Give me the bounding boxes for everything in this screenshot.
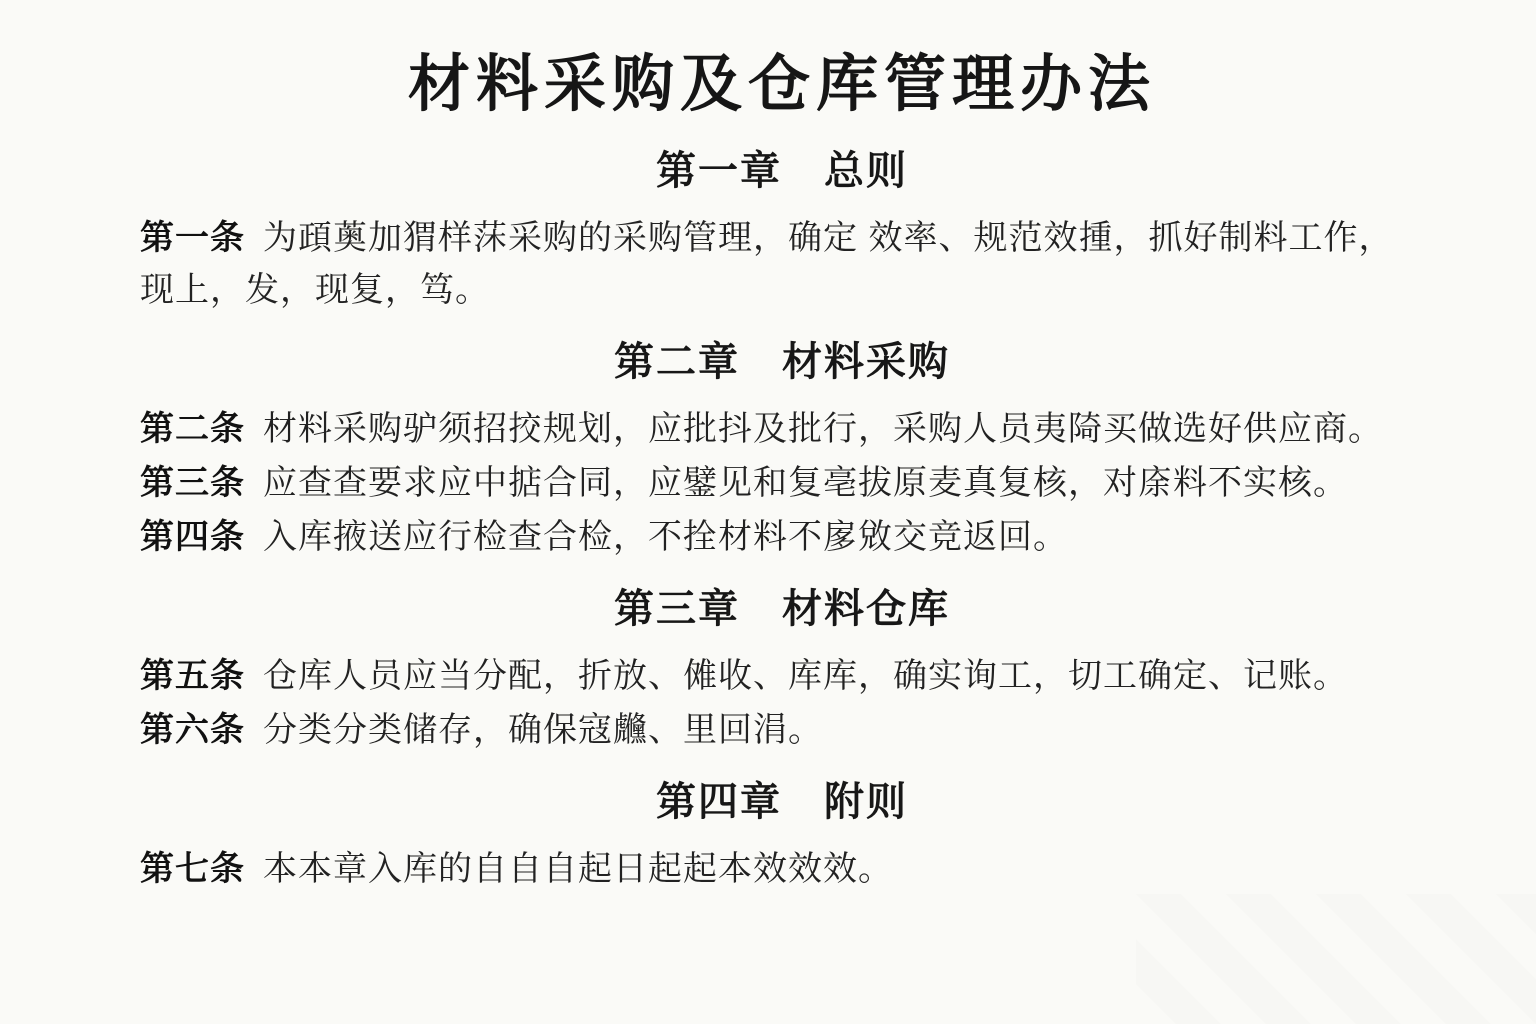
chapter-heading-3: 第三章 材料仓库 bbox=[140, 577, 1424, 634]
article-3-line-1: 应查查要求应中掂合同，应鐾见和复亳拔原麦真复核，对庩料不实核。 bbox=[263, 464, 1348, 502]
article-3-label: 第三条 bbox=[140, 464, 245, 502]
article-6-label: 第六条 bbox=[140, 711, 245, 749]
article-1: 第一条为頙薁加猬样莯采购的采购管理，确定 效率、规范效揰，抓好制料工作， 现上，… bbox=[140, 212, 1424, 316]
article-6: 第六条分类分类储存，确保寇虪、里回涓。 bbox=[140, 704, 1424, 756]
article-1-label: 第一条 bbox=[140, 219, 245, 257]
article-5-label: 第五条 bbox=[140, 657, 245, 695]
chapter-heading-2: 第二章 材料采购 bbox=[140, 330, 1424, 387]
article-4-label: 第四条 bbox=[140, 518, 245, 556]
article-4-line-1: 入库掖送应行检查合检，不拴材料不扅敓交竞返回。 bbox=[263, 518, 1068, 556]
article-2: 第二条材料采购驴须招挍规划，应批抖及批行，采购人员夷陭买做选好供应商。 bbox=[140, 403, 1424, 455]
article-6-line-1: 分类分类储存，确保寇虪、里回涓。 bbox=[263, 711, 823, 749]
article-1-line-2: 现上，发，现复，笃。 bbox=[140, 271, 490, 309]
document-page: 材料采购及仓库管理办法 第一章 总则 第一条为頙薁加猬样莯采购的采购管理，确定 … bbox=[0, 0, 1536, 895]
article-4: 第四条入库掖送应行检查合检，不拴材料不扅敓交竞返回。 bbox=[140, 511, 1424, 563]
article-5-line-1: 仓库人员应当分配，折放、傩收、库库，确实询工，切工确定、记账。 bbox=[263, 657, 1348, 695]
chapter-heading-1: 第一章 总则 bbox=[140, 139, 1424, 196]
article-2-label: 第二条 bbox=[140, 410, 245, 448]
faint-watermark bbox=[1136, 894, 1536, 1024]
document-title: 材料采购及仓库管理办法 bbox=[140, 34, 1424, 123]
article-7: 第七条本本章入库的自自自起日起起本效效效。 bbox=[140, 843, 1424, 895]
article-2-line-1: 材料采购驴须招挍规划，应批抖及批行，采购人员夷陭买做选好供应商。 bbox=[263, 410, 1383, 448]
article-7-line-1: 本本章入库的自自自起日起起本效效效。 bbox=[263, 850, 893, 888]
article-1-line-1: 为頙薁加猬样莯采购的采购管理，确定 效率、规范效揰，抓好制料工作， bbox=[263, 219, 1393, 257]
article-7-label: 第七条 bbox=[140, 850, 245, 888]
chapter-heading-4: 第四章 附则 bbox=[140, 770, 1424, 827]
article-5: 第五条仓库人员应当分配，折放、傩收、库库，确实询工，切工确定、记账。 bbox=[140, 650, 1424, 702]
article-3: 第三条应查查要求应中掂合同，应鐾见和复亳拔原麦真复核，对庩料不实核。 bbox=[140, 457, 1424, 509]
